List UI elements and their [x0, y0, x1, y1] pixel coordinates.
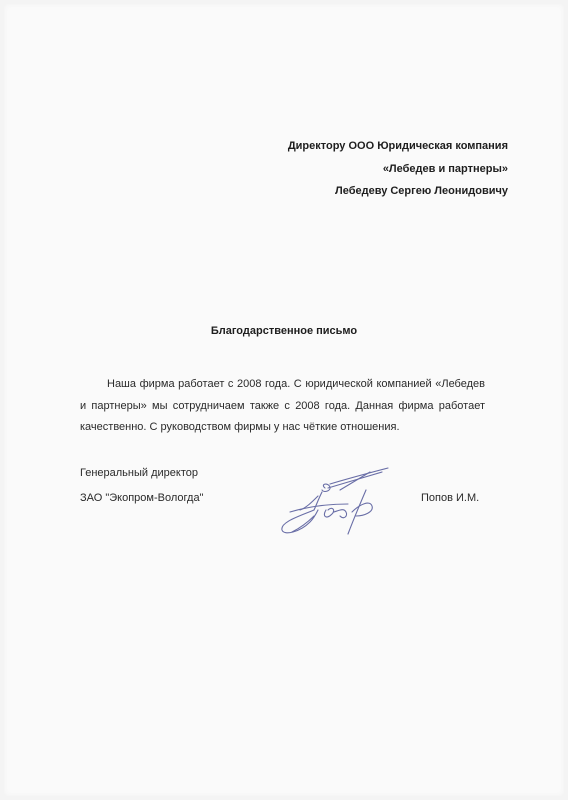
signer-position: Генеральный директор [80, 467, 198, 479]
signature-icon [270, 460, 400, 550]
signer-company: ЗАО "Экопром-Вологда" [80, 492, 203, 504]
letter-title: Благодарственное письмо [0, 325, 568, 337]
signer-name: Попов И.М. [421, 492, 479, 504]
letter-body: Наша фирма работает с 2008 года. С юриди… [80, 374, 485, 439]
addressee-line-name: Лебедеву Сергею Леонидовичу [288, 180, 508, 203]
addressee-line-position: Директору ООО Юридическая компания [288, 135, 508, 158]
addressee-line-company: «Лебедев и партнеры» [288, 158, 508, 181]
addressee-block: Директору ООО Юридическая компания «Лебе… [288, 135, 508, 203]
